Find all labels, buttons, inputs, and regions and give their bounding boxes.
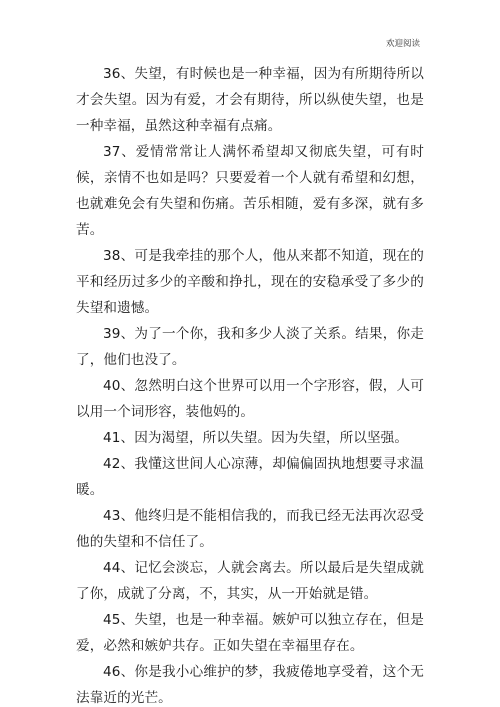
paragraph-46: 46、你是我小心维护的梦，我疲倦地享受着，这个无法靠近的光芒。 <box>76 659 424 707</box>
paragraph-39: 39、为了一个你，我和多少人淡了关系。结果，你走了，他们也没了。 <box>76 321 424 373</box>
page-header: 欢迎阅读 <box>386 37 420 49</box>
paragraph-43: 43、他终归是不能相信我的，而我已经无法再次忍受他的失望和不信任了。 <box>76 503 424 555</box>
paragraph-36: 36、失望，有时候也是一种幸福，因为有所期待所以才会失望。因为有爱，才会有期待，… <box>76 61 424 139</box>
paragraph-40: 40、忽然明白这个世界可以用一个字形容，假，人可以用一个词形容，装他妈的。 <box>76 373 424 425</box>
paragraph-44: 44、记忆会淡忘，人就会离去。所以最后是失望成就了你，成就了分离，不，其实，从一… <box>76 555 424 607</box>
paragraph-45: 45、失望，也是一种幸福。嫉妒可以独立存在，但是爱，必然和嫉妒共存。正如失望在幸… <box>76 607 424 659</box>
paragraph-42: 42、我懂这世间人心凉薄，却偏偏固执地想要寻求温暖。 <box>76 451 424 503</box>
paragraph-38: 38、可是我牵挂的那个人，他从来都不知道，现在的平和经历过多少的辛酸和挣扎，现在… <box>76 243 424 321</box>
paragraph-41: 41、因为渴望，所以失望。因为失望，所以坚强。 <box>76 425 424 451</box>
paragraph-37: 37、爱情常常让人满怀希望却又彻底失望，可有时候，亲情不也如是吗？只要爱着一个人… <box>76 139 424 243</box>
document-body: 36、失望，有时候也是一种幸福，因为有所期待所以才会失望。因为有爱，才会有期待，… <box>76 61 424 707</box>
